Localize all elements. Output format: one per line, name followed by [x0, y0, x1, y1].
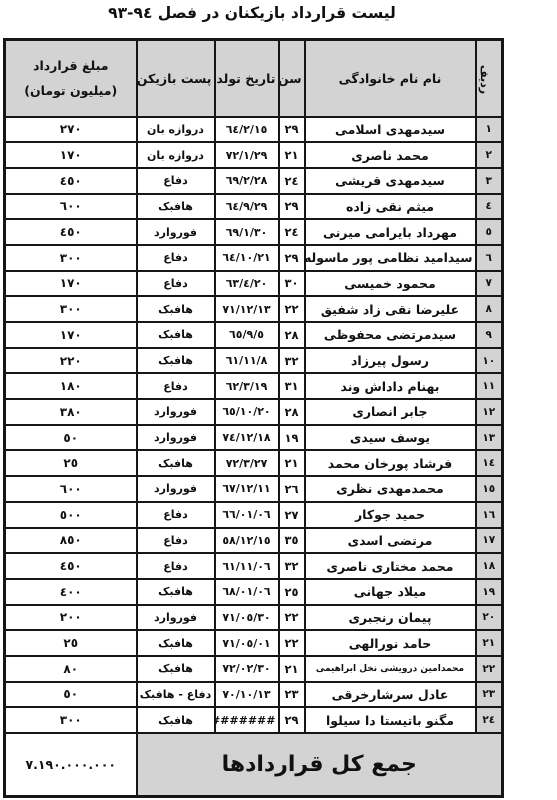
amount-cell: ٤٠٠	[5, 579, 137, 605]
amount-cell: ٦٠٠	[5, 194, 137, 220]
position-cell: فوروارد	[137, 425, 215, 451]
player-row: ٢٤ مگنو باتیستا دا سیلوا ٢٩ ####### هافب…	[5, 707, 503, 733]
age-cell: ٢١	[279, 450, 305, 476]
age-cell: ٢٤	[279, 219, 305, 245]
birth-date-cell: ٦٥/٩/٥	[215, 322, 279, 348]
amount-cell: ٤٥٠	[5, 553, 137, 579]
document-page: لیست قرارداد بازیکنان در فصل ٩٤-٩٣ ردیف …	[0, 0, 557, 800]
player-row: ١١ بهنام داداش وند ٣١ ٦٢/٣/١٩ دفاع ١٨٠	[5, 373, 503, 399]
player-row: ٨ علیرضا نقی زاد شفیق ٢٢ ٧١/١٢/١٣ هافبک …	[5, 296, 503, 322]
position-cell: دروازه بان	[137, 142, 215, 168]
contracts-table: ردیف نام نام خانوادگی سن تاریخ تولد پست …	[3, 38, 504, 798]
row-number-cell: ١٢	[476, 399, 503, 425]
position-cell: هافبک	[137, 322, 215, 348]
age-cell: ١٩	[279, 425, 305, 451]
amount-cell: ٥٠	[5, 425, 137, 451]
row-number-cell: ٢١	[476, 630, 503, 656]
birth-date-cell: ٧٠/١٠/١٣	[215, 682, 279, 708]
amount-cell: ١٨٠	[5, 373, 137, 399]
row-number-cell: ٢٠	[476, 605, 503, 631]
amount-cell: ٣٠٠	[5, 707, 137, 733]
row-number-cell: ٥	[476, 219, 503, 245]
amount-cell: ٣٠٠	[5, 245, 137, 271]
position-cell: دفاع - هافبک	[137, 682, 215, 708]
birth-date-cell: ٦٤/١٠/٢١	[215, 245, 279, 271]
player-name-cell: عادل سرشارخرقی	[305, 682, 476, 708]
player-name-cell: میثم نقی زاده	[305, 194, 476, 220]
player-row: ١ سیدمهدی اسلامی ٢٩ ٦٤/٢/١٥ دروازه بان ٢…	[5, 117, 503, 143]
player-row: ١٧ مرتضی اسدی ٣٥ ٥٨/١٢/١٥ دفاع ٨٥٠	[5, 528, 503, 554]
player-name-cell: میلاد جهانی	[305, 579, 476, 605]
player-name-cell: محمدامین درویشی نخل ابراهیمی	[305, 656, 476, 682]
row-number-cell: ١٣	[476, 425, 503, 451]
player-row: ١٠ رسول پیرزاد ٣٢ ٦١/١١/٨ هافبک ٢٢٠	[5, 348, 503, 374]
header-birth-date: تاریخ تولد	[215, 40, 279, 117]
birth-date-cell: ٧٤/١٢/١٨	[215, 425, 279, 451]
header-row-number-label: ردیف	[478, 65, 491, 94]
birth-date-cell: ٦٥/١٠/٢٠	[215, 399, 279, 425]
age-cell: ٢٢	[279, 630, 305, 656]
player-row: ٣ سیدمهدی قریشی ٢٤ ٦٩/٢/٢٨ دفاع ٤٥٠	[5, 168, 503, 194]
page-title: لیست قرارداد بازیکنان در فصل ٩٤-٩٣	[3, 4, 501, 22]
player-row: ٢٢ محمدامین درویشی نخل ابراهیمی ٢١ ٧٢/٠٢…	[5, 656, 503, 682]
amount-cell: ٢٠٠	[5, 605, 137, 631]
player-row: ١٩ میلاد جهانی ٢٥ ٦٨/٠١/٠٦ هافبک ٤٠٠	[5, 579, 503, 605]
player-name-cell: مهرداد بایرامی میرنی	[305, 219, 476, 245]
header-amount-line1: مبلغ قرارداد	[33, 58, 108, 73]
player-row: ٦ سیدامید نظامی پور ماسوله ٢٩ ٦٤/١٠/٢١ د…	[5, 245, 503, 271]
position-cell: دروازه بان	[137, 117, 215, 143]
player-name-cell: فرشاد پورخان محمد	[305, 450, 476, 476]
amount-cell: ١٧٠	[5, 271, 137, 297]
age-cell: ٢٢	[279, 296, 305, 322]
position-cell: هافبک	[137, 450, 215, 476]
amount-cell: ٢٧٠	[5, 117, 137, 143]
player-name-cell: محمود خمیسی	[305, 271, 476, 297]
row-number-cell: ٩	[476, 322, 503, 348]
player-row: ١٨ محمد مختاری ناصری ٣٢ ٦١/١١/٠٦ دفاع ٤٥…	[5, 553, 503, 579]
player-name-cell: پیمان رنجبری	[305, 605, 476, 631]
player-row: ٤ میثم نقی زاده ٢٩ ٦٤/٩/٢٩ هافبک ٦٠٠	[5, 194, 503, 220]
row-number-cell: ١٧	[476, 528, 503, 554]
position-cell: دفاع	[137, 373, 215, 399]
header-row-number: ردیف	[476, 40, 503, 117]
row-number-cell: ٦	[476, 245, 503, 271]
amount-cell: ١٧٠	[5, 322, 137, 348]
total-label: جمع کل قراردادها	[137, 733, 503, 796]
player-name-cell: مگنو باتیستا دا سیلوا	[305, 707, 476, 733]
amount-cell: ٣٠٠	[5, 296, 137, 322]
header-position: پست بازیکن	[137, 40, 215, 117]
birth-date-cell: ٧١/١٢/١٣	[215, 296, 279, 322]
age-cell: ٣٠	[279, 271, 305, 297]
player-name-cell: سیدمهدی اسلامی	[305, 117, 476, 143]
player-row: ١٢ جابر انصاری ٢٨ ٦٥/١٠/٢٠ فوروارد ٣٨٠	[5, 399, 503, 425]
birth-date-cell: ٧٢/١/٢٩	[215, 142, 279, 168]
age-cell: ٢١	[279, 142, 305, 168]
birth-date-cell: ٦٧/١٢/١١	[215, 476, 279, 502]
player-name-cell: حمید جوکار	[305, 502, 476, 528]
birth-date-cell: ٦٣/٤/٢٠	[215, 271, 279, 297]
age-cell: ٢٣	[279, 682, 305, 708]
amount-cell: ٨٥٠	[5, 528, 137, 554]
player-name-cell: حامد نورالهی	[305, 630, 476, 656]
player-row: ١٥ محمدمهدی نظری ٢٦ ٦٧/١٢/١١ فوروارد ٦٠٠	[5, 476, 503, 502]
position-cell: دفاع	[137, 168, 215, 194]
row-number-cell: ١	[476, 117, 503, 143]
age-cell: ٢٨	[279, 322, 305, 348]
row-number-cell: ٨	[476, 296, 503, 322]
row-number-cell: ١٩	[476, 579, 503, 605]
birth-date-cell: ٦١/١١/٨	[215, 348, 279, 374]
age-cell: ٢٦	[279, 476, 305, 502]
position-cell: هافبک	[137, 707, 215, 733]
player-name-cell: رسول پیرزاد	[305, 348, 476, 374]
player-name-cell: محمدمهدی نظری	[305, 476, 476, 502]
row-number-cell: ١٤	[476, 450, 503, 476]
age-cell: ٢٩	[279, 707, 305, 733]
position-cell: هافبک	[137, 194, 215, 220]
player-row: ١٦ حمید جوکار ٢٧ ٦٦/٠١/٠٦ دفاع ٥٠٠	[5, 502, 503, 528]
birth-date-cell: ٦٢/٣/١٩	[215, 373, 279, 399]
age-cell: ٢٢	[279, 605, 305, 631]
header-amount-line2: (میلیون تومان)	[24, 83, 117, 98]
amount-cell: ٨٠	[5, 656, 137, 682]
row-number-cell: ٤	[476, 194, 503, 220]
player-row: ٧ محمود خمیسی ٣٠ ٦٣/٤/٢٠ دفاع ١٧٠	[5, 271, 503, 297]
age-cell: ٢٩	[279, 245, 305, 271]
position-cell: فوروارد	[137, 605, 215, 631]
player-name-cell: محمد ناصری	[305, 142, 476, 168]
position-cell: هافبک	[137, 296, 215, 322]
header-age: سن	[279, 40, 305, 117]
birth-date-cell: ٦٩/٢/٢٨	[215, 168, 279, 194]
position-cell: هافبک	[137, 656, 215, 682]
player-row: ١٤ فرشاد پورخان محمد ٢١ ٧٢/٣/٢٧ هافبک ٢٥	[5, 450, 503, 476]
age-cell: ٢٩	[279, 117, 305, 143]
birth-date-cell: ٦١/١١/٠٦	[215, 553, 279, 579]
amount-cell: ٤٥٠	[5, 219, 137, 245]
header-name: نام نام خانوادگی	[305, 40, 476, 117]
birth-date-cell: ٧١/٠٥/٣٠	[215, 605, 279, 631]
age-cell: ٢٩	[279, 194, 305, 220]
player-row: ٢٣ عادل سرشارخرقی ٢٣ ٧٠/١٠/١٣ دفاع - هاف…	[5, 682, 503, 708]
position-cell: دفاع	[137, 271, 215, 297]
player-name-cell: محمد مختاری ناصری	[305, 553, 476, 579]
position-cell: هافبک	[137, 630, 215, 656]
age-cell: ٢٨	[279, 399, 305, 425]
player-row: ٢ محمد ناصری ٢١ ٧٢/١/٢٩ دروازه بان ١٧٠	[5, 142, 503, 168]
position-cell: هافبک	[137, 579, 215, 605]
player-row: ٩ سیدمرتضی محفوظی ٢٨ ٦٥/٩/٥ هافبک ١٧٠	[5, 322, 503, 348]
birth-date-cell: ٧١/٠٥/٠١	[215, 630, 279, 656]
age-cell: ٢٥	[279, 579, 305, 605]
player-name-cell: جابر انصاری	[305, 399, 476, 425]
row-number-cell: ٣	[476, 168, 503, 194]
player-name-cell: یوسف سیدی	[305, 425, 476, 451]
birth-date-cell: ٦٩/١/٣٠	[215, 219, 279, 245]
header-row: ردیف نام نام خانوادگی سن تاریخ تولد پست …	[5, 40, 503, 117]
birth-date-cell: ٦٤/٢/١٥	[215, 117, 279, 143]
birth-date-cell: ٦٤/٩/٢٩	[215, 194, 279, 220]
birth-date-cell: #######	[215, 707, 279, 733]
position-cell: فوروارد	[137, 399, 215, 425]
position-cell: دفاع	[137, 528, 215, 554]
amount-cell: ٥٠٠	[5, 502, 137, 528]
age-cell: ٣٥	[279, 528, 305, 554]
header-amount: مبلغ قرارداد (میلیون تومان)	[5, 40, 137, 117]
player-name-cell: مرتضی اسدی	[305, 528, 476, 554]
total-amount: ٧.١٩٠.٠٠٠.٠٠٠	[5, 733, 137, 796]
position-cell: فوروارد	[137, 219, 215, 245]
birth-date-cell: ٧٢/٣/٢٧	[215, 450, 279, 476]
total-row: جمع کل قراردادها ٧.١٩٠.٠٠٠.٠٠٠	[5, 733, 503, 796]
position-cell: دفاع	[137, 553, 215, 579]
row-number-cell: ١٥	[476, 476, 503, 502]
age-cell: ٢١	[279, 656, 305, 682]
player-name-cell: سیدامید نظامی پور ماسوله	[305, 245, 476, 271]
birth-date-cell: ٥٨/١٢/١٥	[215, 528, 279, 554]
row-number-cell: ٧	[476, 271, 503, 297]
player-row: ٢١ حامد نورالهی ٢٢ ٧١/٠٥/٠١ هافبک ٢٥	[5, 630, 503, 656]
row-number-cell: ١١	[476, 373, 503, 399]
birth-date-cell: ٧٢/٠٢/٣٠	[215, 656, 279, 682]
age-cell: ٢٤	[279, 168, 305, 194]
amount-cell: ٢٥	[5, 450, 137, 476]
row-number-cell: ٢	[476, 142, 503, 168]
position-cell: هافبک	[137, 348, 215, 374]
position-cell: فوروارد	[137, 476, 215, 502]
age-cell: ٣١	[279, 373, 305, 399]
amount-cell: ٣٨٠	[5, 399, 137, 425]
amount-cell: ٢٥	[5, 630, 137, 656]
player-name-cell: بهنام داداش وند	[305, 373, 476, 399]
player-name-cell: سیدمهدی قریشی	[305, 168, 476, 194]
player-row: ١٣ یوسف سیدی ١٩ ٧٤/١٢/١٨ فوروارد ٥٠	[5, 425, 503, 451]
amount-cell: ٤٥٠	[5, 168, 137, 194]
row-number-cell: ٢٤	[476, 707, 503, 733]
position-cell: دفاع	[137, 502, 215, 528]
player-row: ٢٠ پیمان رنجبری ٢٢ ٧١/٠٥/٣٠ فوروارد ٢٠٠	[5, 605, 503, 631]
amount-cell: ٢٢٠	[5, 348, 137, 374]
player-name-cell: سیدمرتضی محفوظی	[305, 322, 476, 348]
birth-date-cell: ٦٦/٠١/٠٦	[215, 502, 279, 528]
row-number-cell: ١٨	[476, 553, 503, 579]
row-number-cell: ٢٢	[476, 656, 503, 682]
age-cell: ٣٢	[279, 348, 305, 374]
amount-cell: ٦٠٠	[5, 476, 137, 502]
row-number-cell: ١٠	[476, 348, 503, 374]
amount-cell: ٥٠	[5, 682, 137, 708]
player-row: ٥ مهرداد بایرامی میرنی ٢٤ ٦٩/١/٣٠ فوروار…	[5, 219, 503, 245]
birth-date-cell: ٦٨/٠١/٠٦	[215, 579, 279, 605]
row-number-cell: ١٦	[476, 502, 503, 528]
age-cell: ٢٧	[279, 502, 305, 528]
age-cell: ٣٢	[279, 553, 305, 579]
position-cell: دفاع	[137, 245, 215, 271]
row-number-cell: ٢٣	[476, 682, 503, 708]
player-name-cell: علیرضا نقی زاد شفیق	[305, 296, 476, 322]
amount-cell: ١٧٠	[5, 142, 137, 168]
